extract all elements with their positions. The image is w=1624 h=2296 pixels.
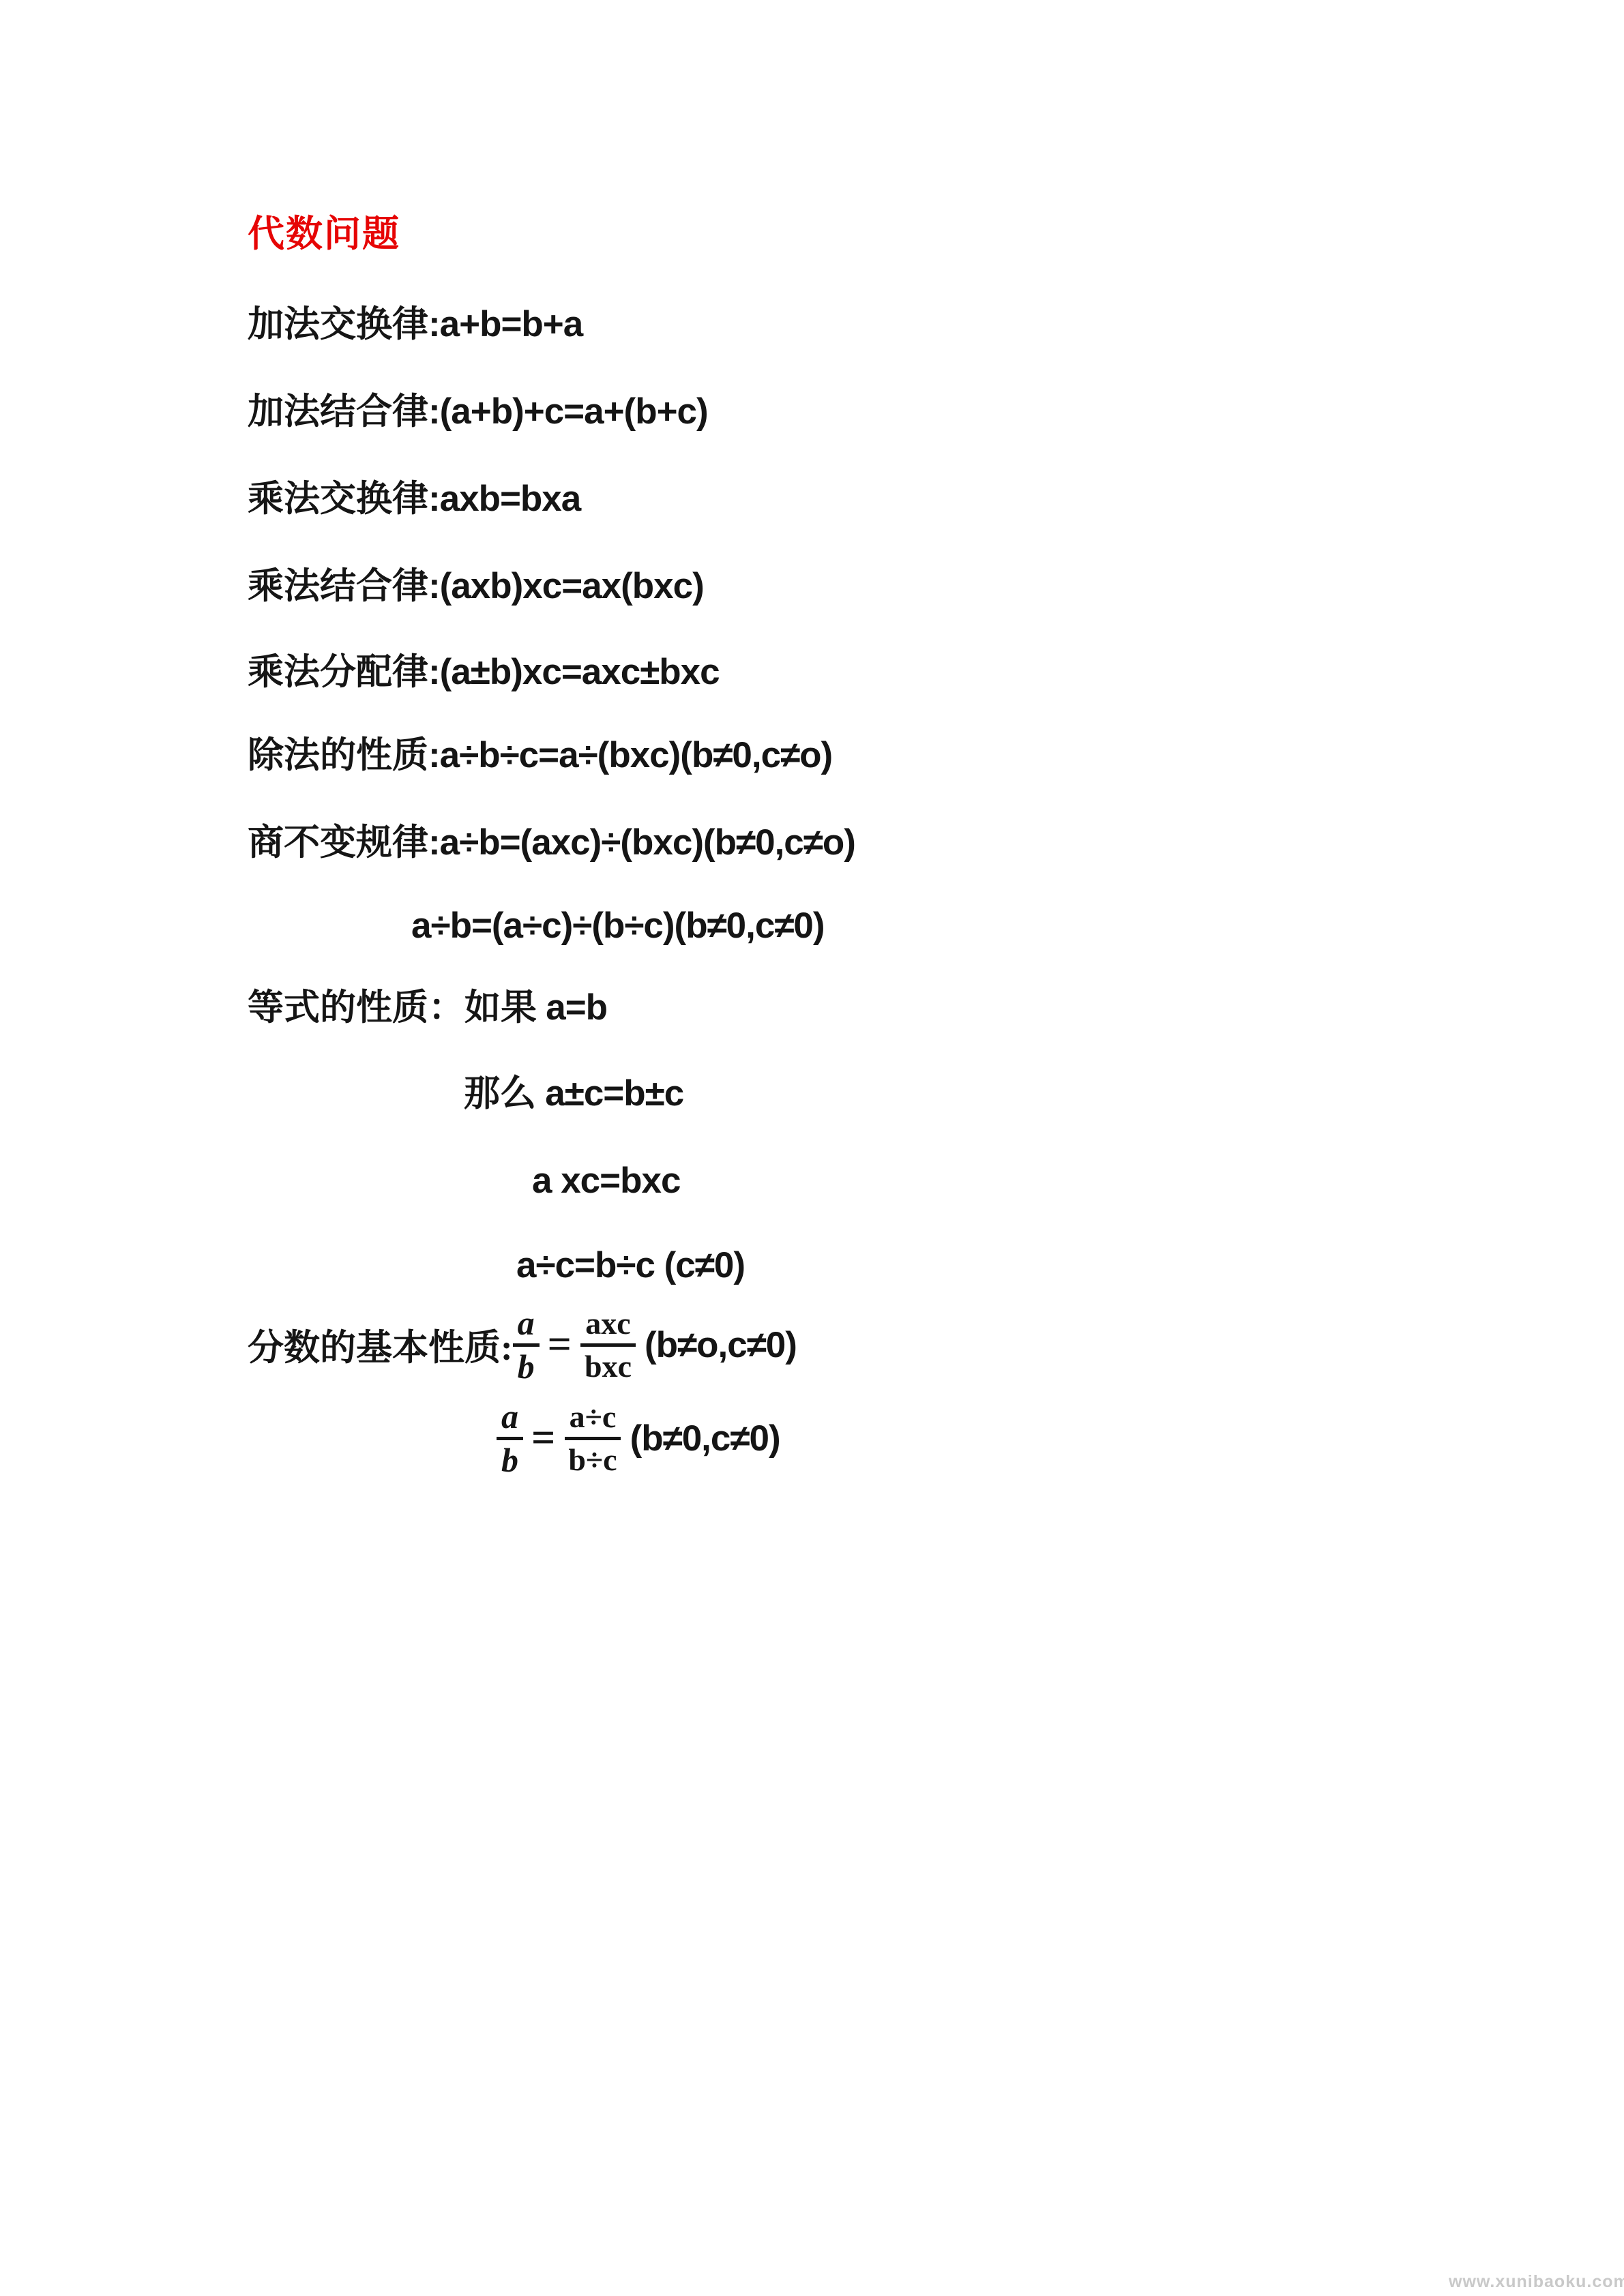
condition-text: (b≠0,c≠0)	[630, 1418, 780, 1459]
watermark-text: www.xunibaoku.com	[1449, 2272, 1624, 2292]
fraction-denominator: b	[513, 1347, 540, 1385]
equals-sign: =	[531, 1414, 555, 1463]
formula-math: :a÷b=(axc)÷(bxc)(b≠0,c≠o)	[428, 822, 855, 863]
fraction-left: ab	[497, 1399, 523, 1478]
formula-math: :axb=bxa	[428, 479, 580, 519]
formula-math: a÷b=(a÷c)÷(b÷c)(b≠0,c≠0)	[411, 906, 825, 946]
formula-math: :(a±b)xc=axc±bxc	[428, 652, 720, 692]
fraction-numerator: a÷c	[565, 1399, 621, 1440]
formula-line: 加法结合律:(a+b)+c=a+(b+c)	[248, 390, 708, 443]
formula-line-indented: a÷b=(a÷c)÷(b÷c)(b≠0,c≠0)	[411, 904, 825, 957]
formula-math: :(a+b)+c=a+(b+c)	[428, 391, 708, 432]
formula-line-indented: 那么 a±c=b±c	[464, 1072, 683, 1124]
formula-label: 乘法结合律	[248, 567, 428, 606]
formula-line: 等式的性质：如果 a=b	[248, 986, 607, 1039]
formula-math: :a÷b÷c=a÷(bxc)(b≠0,c≠o)	[428, 735, 832, 775]
formula-line: 商不变规律:a÷b=(axc)÷(bxc)(b≠0,c≠o)	[248, 821, 855, 874]
formula-math: a±c=b±c	[545, 1073, 683, 1114]
fraction-left: ab	[513, 1305, 540, 1384]
fraction-denominator: b÷c	[563, 1440, 621, 1478]
formula-math: a xc=bxc	[532, 1161, 680, 1201]
fraction-right: axcbxc	[580, 1306, 636, 1384]
fraction-formula-line: ab=a÷cb÷c(b≠0,c≠0)	[497, 1390, 780, 1487]
fraction-numerator: axc	[580, 1306, 635, 1347]
fraction-formula-line: 分数的基本性质:ab=axcbxc(b≠o,c≠0)	[248, 1294, 797, 1395]
fraction-numerator: a	[513, 1305, 540, 1347]
formula-line-indented: a xc=bxc	[532, 1159, 680, 1212]
formula-line: 除法的性质:a÷b÷c=a÷(bxc)(b≠0,c≠o)	[248, 734, 832, 786]
formula-label: 乘法交换律	[248, 479, 428, 519]
formula-label: 商不变规律	[248, 823, 428, 863]
fraction-right: a÷cb÷c	[563, 1399, 621, 1477]
fraction-denominator: bxc	[580, 1347, 636, 1384]
formula-line: 加法交换律:a+b=b+a	[248, 303, 582, 355]
formula-label: 分数的基本性质:	[248, 1319, 513, 1371]
formula-math: :a+b=b+a	[428, 304, 582, 344]
fraction-denominator: b	[497, 1440, 523, 1478]
page-title: 代数问题	[248, 213, 400, 255]
formula-math: :(axb)xc=ax(bxc)	[428, 566, 704, 606]
document-page: 代数问题 加法交换律:a+b=b+a 加法结合律:(a+b)+c=a+(b+c)…	[0, 0, 1624, 2296]
formula-label: 加法交换律	[248, 305, 428, 344]
formula-line-indented: a÷c=b÷c (c≠0)	[516, 1244, 745, 1296]
formula-math: a÷c=b÷c (c≠0)	[516, 1245, 745, 1285]
formula-label: 除法的性质	[248, 736, 428, 775]
fraction-numerator: a	[497, 1399, 523, 1440]
equals-sign: =	[548, 1321, 572, 1369]
formula-label: 乘法分配律	[248, 653, 428, 692]
formula-line: 乘法结合律:(axb)xc=ax(bxc)	[248, 565, 704, 617]
formula-line: 乘法交换律:axb=bxa	[248, 477, 580, 530]
formula-label: 那么	[464, 1074, 545, 1114]
formula-label: 加法结合律	[248, 392, 428, 432]
condition-text: (b≠o,c≠0)	[645, 1324, 797, 1366]
formula-line: 乘法分配律:(a±b)xc=axc±bxc	[248, 651, 720, 703]
formula-math: a=b	[546, 987, 607, 1028]
formula-label: 等式的性质：如果	[248, 988, 546, 1028]
